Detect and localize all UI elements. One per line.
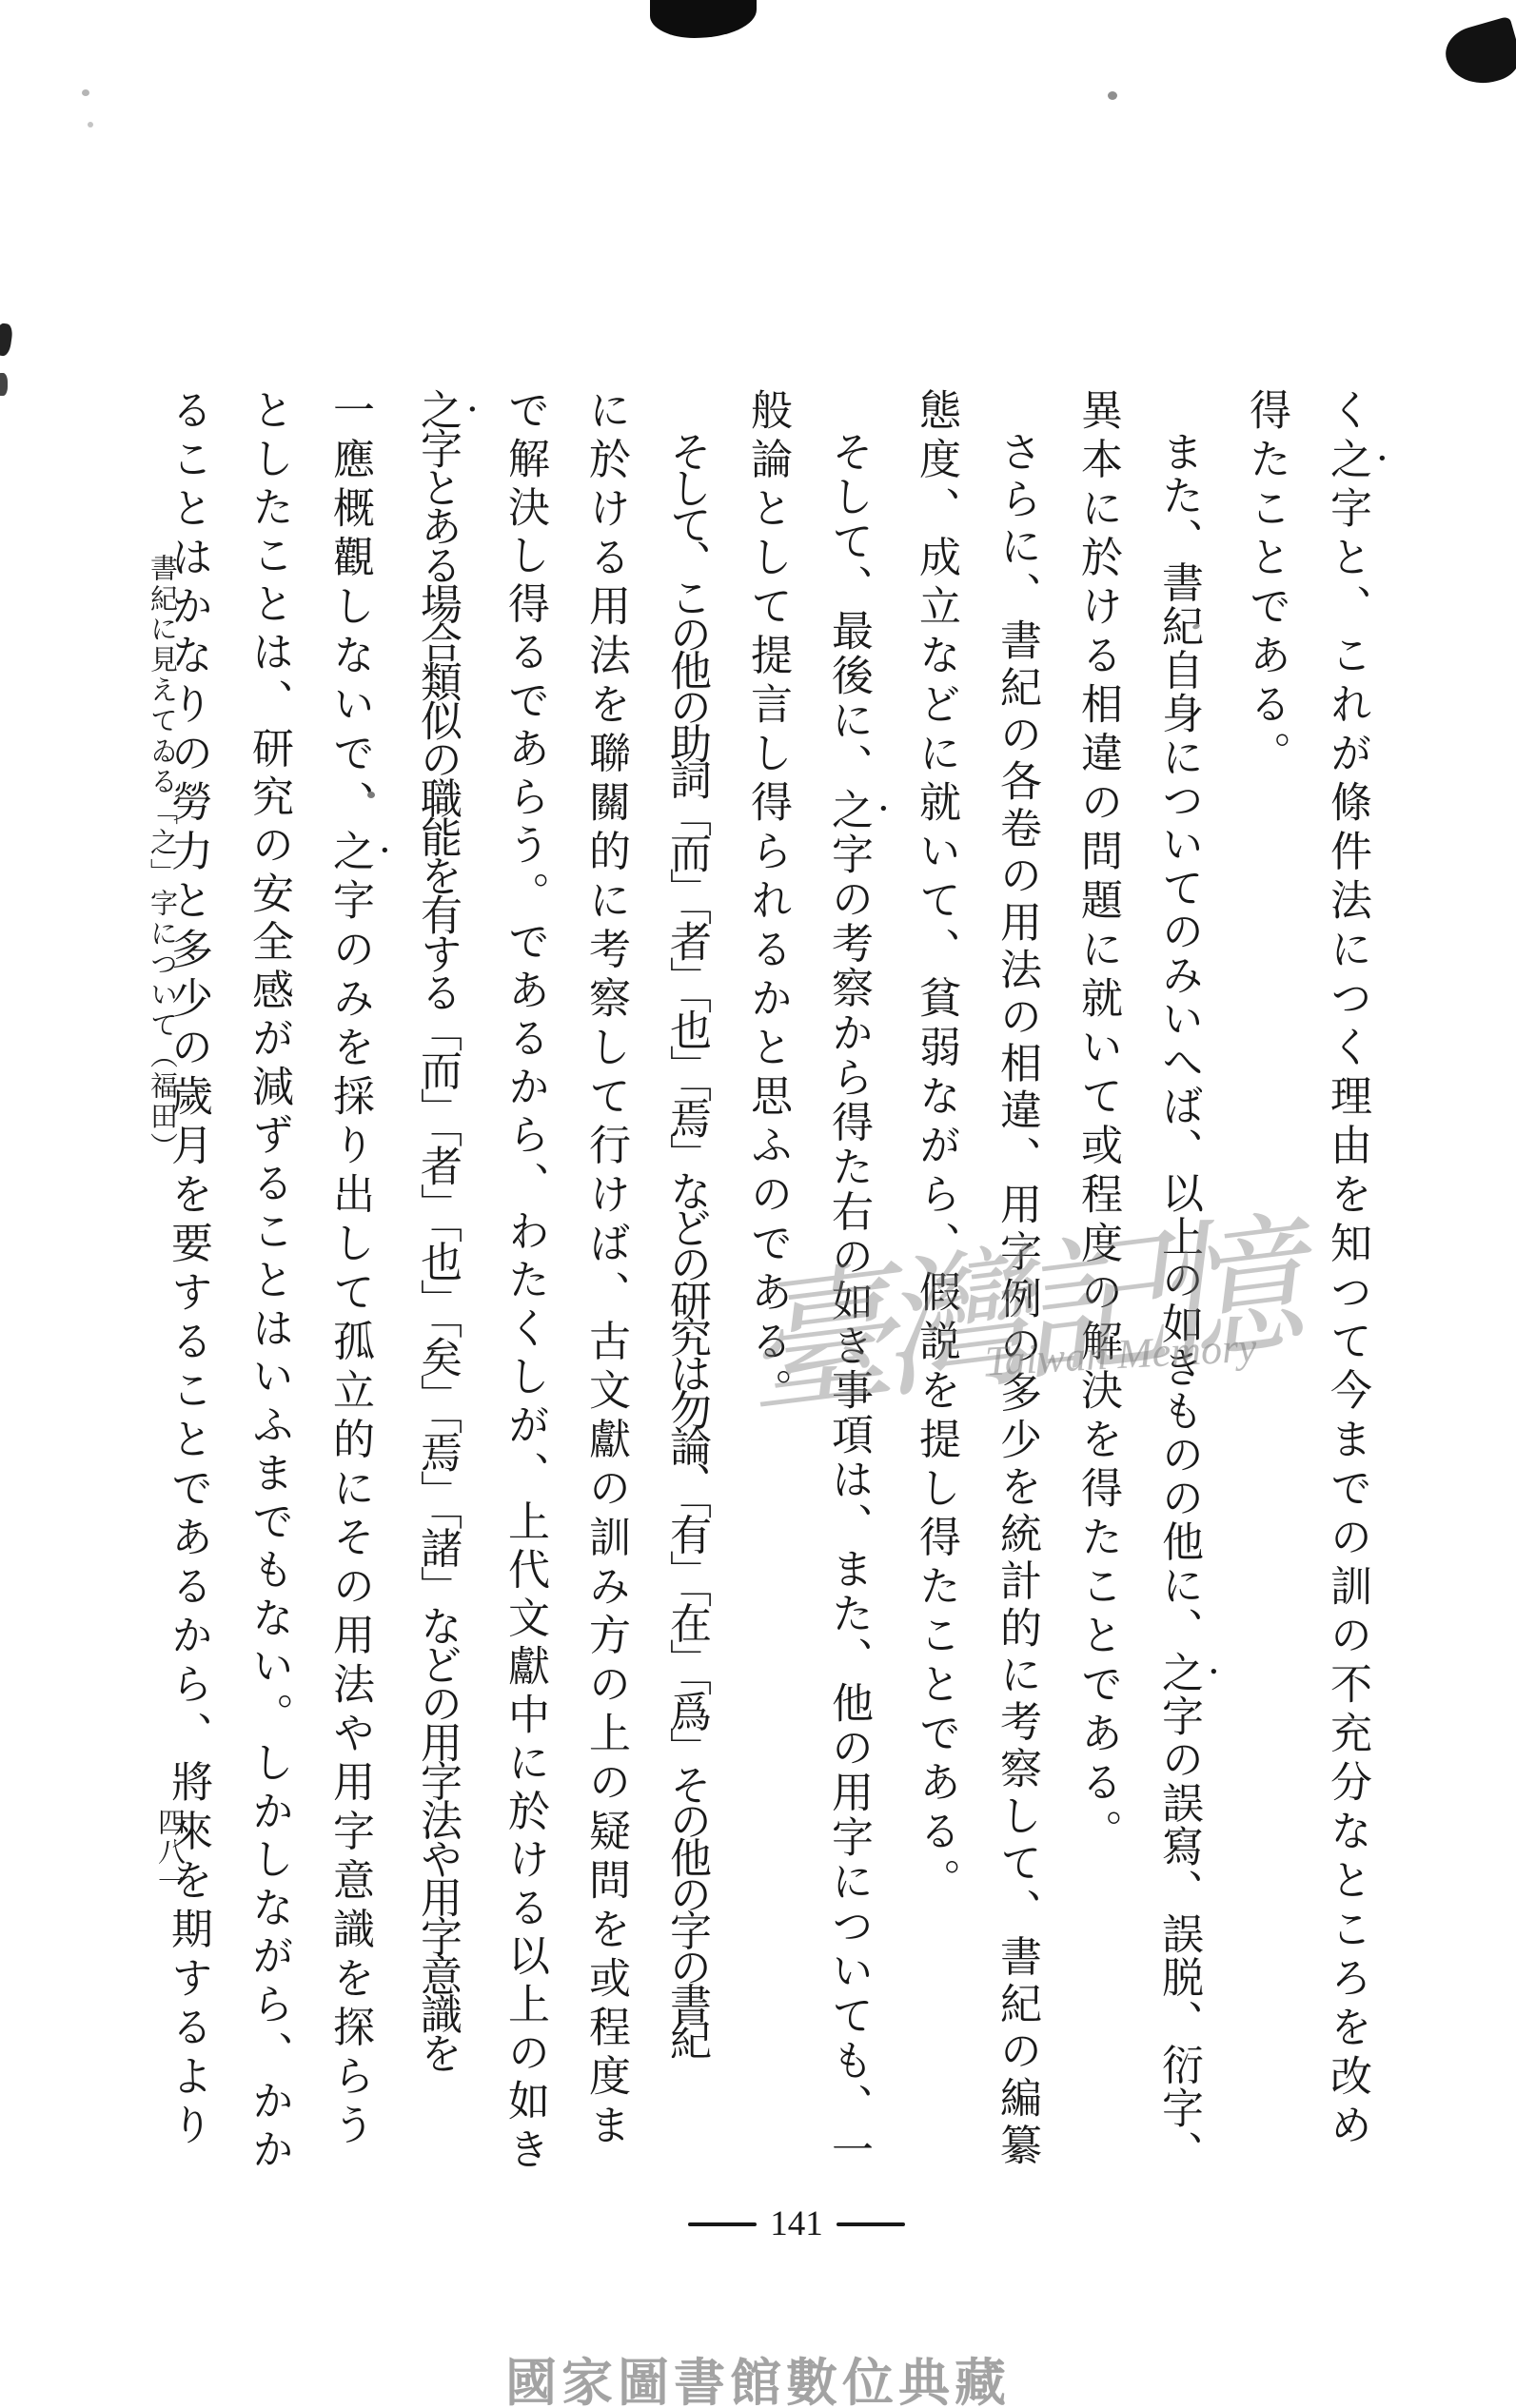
- folio-number: 四八一: [150, 1808, 189, 1896]
- archive-credit-text: 國家圖書館數位典藏: [0, 2342, 1516, 2408]
- ink-blot: [0, 373, 8, 396]
- ink-blot: [367, 792, 375, 798]
- text-column: 般論として提言し得られるかと思ふのである。: [727, 388, 808, 2175]
- text-column: としたことは、研究の安全感が減ずることはいふまでもない。しかしながら、かか: [228, 388, 309, 2175]
- text-column: 得たことである。: [1226, 388, 1307, 2175]
- emphasized-char: 之: [1155, 1651, 1202, 1694]
- text-column: そして、この他の助詞「而」「者」「也」「焉」などの研究は勿論、「有」「在」「爲」…: [646, 388, 727, 2175]
- text-column: 之字とある場合類似の職能を有する「而」「者」「也」「矣」「焉」「諸」などの用字法…: [397, 388, 484, 2175]
- ink-blot: [82, 89, 89, 96]
- text-column: そして、最後に、之字の考察から得た右の如き事項は、また、他の用字についても、一: [808, 388, 896, 2175]
- ink-blot: [1108, 91, 1117, 100]
- text-column: 一應概觀しないで、之字のみを採り出して孤立的にその用法や用字意識を探らう: [309, 388, 397, 2175]
- emphasized-char: 之: [414, 388, 461, 427]
- running-title-caption: 書紀に見えてゐる「之」字について（福田）: [143, 554, 182, 1220]
- page-number-right-rule: [837, 2222, 905, 2226]
- emphasized-char: 之: [1324, 438, 1370, 487]
- text-column: さらに、書紀の各卷の用法の相違、用字例の多少を統計的に考察して、書紀の編纂: [976, 388, 1057, 2175]
- text-column: く之字と、これが條件法につく理由を知つて今までの訓の不充分なところを改め: [1307, 388, 1394, 2175]
- page-number-row: 141: [668, 2203, 925, 2244]
- emphasized-char: 之: [326, 830, 373, 879]
- scanned-document-page: く之字と、これが條件法につく理由を知つて今までの訓の不充分なところを改め得たこと…: [0, 0, 1516, 2408]
- text-column: 異本に於ける相違の問題に就いて或程度の解決を得たことである。: [1057, 388, 1138, 2175]
- emphasized-char: 之: [825, 788, 872, 832]
- ink-blot: [1440, 16, 1516, 93]
- ink-blot: [88, 122, 93, 127]
- body-text-columns: く之字と、これが條件法につく理由を知つて今までの訓の不充分なところを改め得たこと…: [148, 388, 1394, 2175]
- text-column: 態度、成立などに就いて、貧弱ながら、假説を提し得たことである。: [896, 388, 976, 2175]
- text-column: で解決し得るであらう。であるから、わたくしが、上代文獻中に於ける以上の如き: [484, 388, 565, 2175]
- text-column: に於ける用法を聯關的に考察して行けば、古文獻の訓み方の上の疑問を或程度ま: [565, 388, 646, 2175]
- page-number: 141: [770, 2203, 823, 2244]
- text-column: また、書紀自身についてのみいへば、以上の如きものの他に、之字の誤寫、誤脱、衍字、: [1138, 388, 1226, 2175]
- ink-blot: [650, 0, 757, 38]
- page-number-left-rule: [688, 2222, 757, 2226]
- ink-blot: [0, 323, 13, 357]
